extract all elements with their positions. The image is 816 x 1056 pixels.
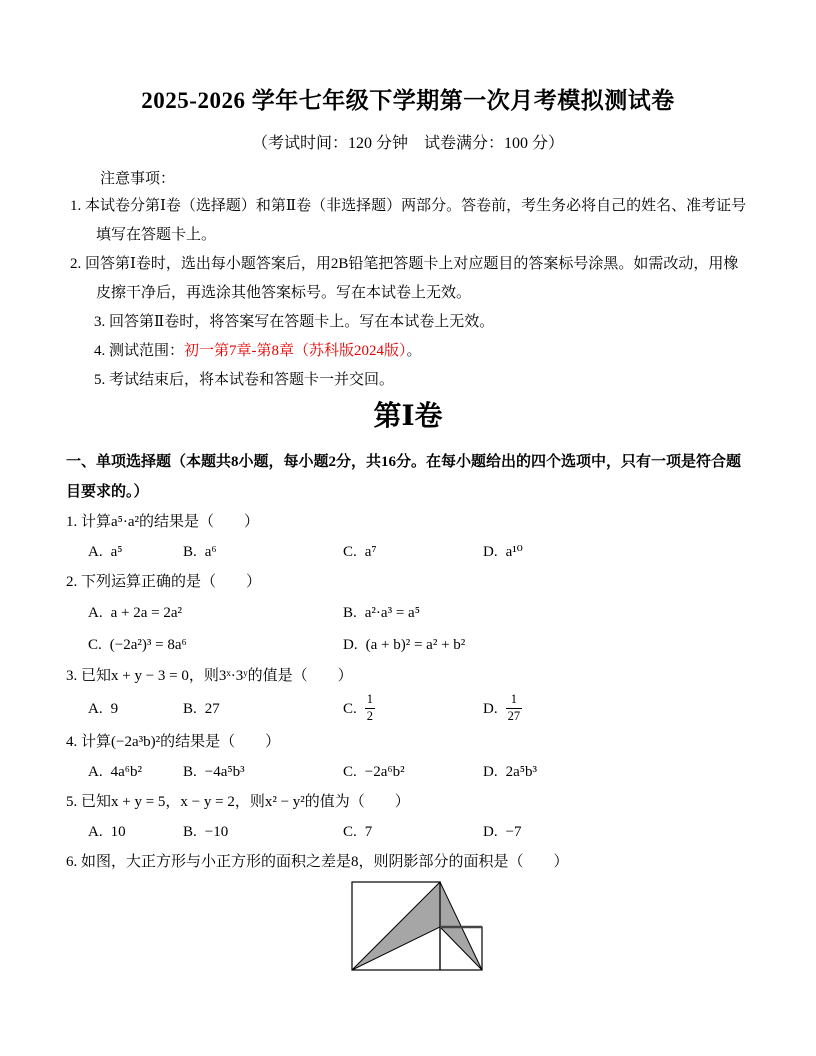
shaded-triangle-left (352, 882, 440, 970)
fraction-denominator: 27 (506, 708, 523, 725)
option-text: a⁵ (111, 544, 123, 560)
notice-item-4-suffix: 。 (407, 343, 422, 359)
notice-item-5-text: 5. 考试结束后，将本试卷和答题卡一并交回。 (94, 372, 394, 388)
option-label: A. (88, 605, 103, 621)
notice-item-4: 4. 测试范围：初一第7章-第8章（苏科版2024版）。 (94, 337, 750, 366)
question-3-option-b: B.27 (183, 691, 343, 727)
question-5-option-b: B.−10 (183, 817, 343, 847)
question-5: 5. 已知x + y = 5，x − y = 2，则x² − y²的值为（ ） … (66, 787, 750, 847)
part-1-heading: 第Ⅰ卷 (66, 399, 750, 435)
question-3-option-a: A.9 (88, 691, 183, 727)
fraction-one-half: 12 (365, 692, 375, 724)
option-label: D. (483, 824, 498, 840)
fraction-numerator: 1 (506, 692, 523, 708)
question-5-option-a: A.10 (88, 817, 183, 847)
option-text: −7 (506, 824, 522, 840)
option-label: B. (183, 544, 197, 560)
question-6-figure (351, 881, 483, 973)
question-6: 6. 如图，大正方形与小正方形的面积之差是8，则阴影部分的面积是（ ） (66, 847, 750, 978)
question-5-option-c: C.7 (343, 817, 483, 847)
fraction-denominator: 2 (365, 708, 375, 725)
page-title: 2025-2026 学年七年级下学期第一次月考模拟测试卷 (66, 86, 750, 116)
option-text: −10 (205, 824, 228, 840)
question-3-text: 3. 已知x + y − 3 = 0，则3ˣ·3ʸ的值是（ ） (66, 661, 750, 691)
notice-item-2-text: 2. 回答第Ⅰ卷时，选出每小题答案后，用2B铅笔把答题卡上对应题目的答案标号涂黑… (70, 256, 738, 301)
question-2-options-row-2: C.(−2a²)³ = 8a⁶ D.(a + b)² = a² + b² (66, 629, 750, 661)
question-1-text: 1. 计算a⁵·a²的结果是（ ） (66, 507, 750, 537)
question-5-text: 5. 已知x + y = 5，x − y = 2，则x² − y²的值为（ ） (66, 787, 750, 817)
option-label: D. (343, 637, 358, 653)
question-4-options: A.4a⁶b² B.−4a⁵b³ C.−2a⁶b² D.2a⁵b³ (66, 757, 750, 787)
option-label: A. (88, 544, 103, 560)
option-text: (−2a²)³ = 8a⁶ (110, 637, 187, 653)
option-label: D. (483, 764, 498, 780)
question-6-text: 6. 如图，大正方形与小正方形的面积之差是8，则阴影部分的面积是（ ） (66, 847, 750, 877)
notice-label: 注意事项： (66, 166, 750, 192)
question-3-option-c: C.12 (343, 691, 483, 727)
notice-item-4-prefix: 4. 测试范围： (94, 343, 184, 359)
option-text: 9 (111, 701, 119, 717)
fraction-numerator: 1 (365, 692, 375, 708)
exam-paper-page: 2025-2026 学年七年级下学期第一次月考模拟测试卷 （考试时间：120 分… (0, 0, 816, 1056)
question-4-text: 4. 计算(−2a³b)²的结果是（ ） (66, 727, 750, 757)
notice-item-5: 5. 考试结束后，将本试卷和答题卡一并交回。 (94, 366, 750, 395)
notice-item-2: 2. 回答第Ⅰ卷时，选出每小题答案后，用2B铅笔把答题卡上对应题目的答案标号涂黑… (70, 250, 750, 308)
option-label: C. (343, 544, 357, 560)
option-text: −2a⁶b² (365, 764, 405, 780)
option-text: 27 (205, 701, 220, 717)
question-2-text: 2. 下列运算正确的是（ ） (66, 567, 750, 597)
question-4-option-b: B.−4a⁵b³ (183, 757, 343, 787)
question-2-option-b: B.a²·a³ = a⁵ (343, 597, 420, 629)
option-label: C. (343, 764, 357, 780)
notice-item-1-text: 1. 本试卷分第Ⅰ卷（选择题）和第Ⅱ卷（非选择题）两部分。答卷前，考生务必将自己… (70, 198, 746, 243)
notice-list: 1. 本试卷分第Ⅰ卷（选择题）和第Ⅱ卷（非选择题）两部分。答卷前，考生务必将自己… (66, 192, 750, 395)
question-5-options: A.10 B.−10 C.7 D.−7 (66, 817, 750, 847)
question-1-option-a: A.a⁵ (88, 537, 183, 567)
question-1-option-b: B.a⁶ (183, 537, 343, 567)
option-label: B. (183, 764, 197, 780)
question-5-option-d: D.−7 (483, 817, 522, 847)
notice-item-1: 1. 本试卷分第Ⅰ卷（选择题）和第Ⅱ卷（非选择题）两部分。答卷前，考生务必将自己… (70, 192, 750, 250)
option-label: B. (343, 605, 357, 621)
option-text: a¹⁰ (506, 544, 523, 560)
option-label: C. (88, 637, 102, 653)
question-4-option-a: A.4a⁶b² (88, 757, 183, 787)
question-3-options: A.9 B.27 C.12 D.127 (66, 691, 750, 727)
question-2-options-row-1: A.a + 2a = 2a² B.a²·a³ = a⁵ (66, 597, 750, 629)
option-text: 10 (111, 824, 126, 840)
option-text: 7 (365, 824, 373, 840)
question-1-option-d: D.a¹⁰ (483, 537, 523, 567)
option-label: B. (183, 824, 197, 840)
option-text: a + 2a = 2a² (111, 605, 182, 621)
option-text: −4a⁵b³ (205, 764, 245, 780)
option-label: C. (343, 824, 357, 840)
exam-info-subtitle: （考试时间：120 分钟 试卷满分：100 分） (66, 130, 750, 153)
option-label: A. (88, 701, 103, 717)
question-4-option-d: D.2a⁵b³ (483, 757, 537, 787)
question-3-option-d: D.127 (483, 691, 522, 727)
question-2-option-c: C.(−2a²)³ = 8a⁶ (88, 629, 343, 661)
option-label: D. (483, 544, 498, 560)
section-1-header: 一、单项选择题（本题共8小题，每小题2分，共16分。在每小题给出的四个选项中，只… (66, 447, 750, 507)
option-text: a²·a³ = a⁵ (365, 605, 420, 621)
question-2-option-d: D.(a + b)² = a² + b² (343, 629, 465, 661)
question-4: 4. 计算(−2a³b)²的结果是（ ） A.4a⁶b² B.−4a⁵b³ C.… (66, 727, 750, 787)
option-label: C. (343, 701, 357, 717)
question-1-option-c: C.a⁷ (343, 537, 483, 567)
option-text: 2a⁵b³ (506, 764, 537, 780)
question-3: 3. 已知x + y − 3 = 0，则3ˣ·3ʸ的值是（ ） A.9 B.27… (66, 661, 750, 727)
question-1-options: A.a⁵ B.a⁶ C.a⁷ D.a¹⁰ (66, 537, 750, 567)
question-2: 2. 下列运算正确的是（ ） A.a + 2a = 2a² B.a²·a³ = … (66, 567, 750, 661)
option-text: a⁶ (205, 544, 217, 560)
option-text: a⁷ (365, 544, 377, 560)
notice-item-3: 3. 回答第Ⅱ卷时，将答案写在答题卡上。写在本试卷上无效。 (94, 308, 750, 337)
option-label: D. (483, 701, 498, 717)
question-2-option-a: A.a + 2a = 2a² (88, 597, 343, 629)
question-4-option-c: C.−2a⁶b² (343, 757, 483, 787)
fraction-one-twenty-seventh: 127 (506, 692, 523, 724)
notice-item-3-text: 3. 回答第Ⅱ卷时，将答案写在答题卡上。写在本试卷上无效。 (94, 314, 494, 330)
test-scope-highlight: 初一第7章-第8章（苏科版2024版） (184, 343, 407, 359)
option-text: 4a⁶b² (111, 764, 142, 780)
option-label: A. (88, 764, 103, 780)
question-6-figure-container (66, 881, 750, 978)
option-label: A. (88, 824, 103, 840)
question-1: 1. 计算a⁵·a²的结果是（ ） A.a⁵ B.a⁶ C.a⁷ D.a¹⁰ (66, 507, 750, 567)
option-label: B. (183, 701, 197, 717)
option-text: (a + b)² = a² + b² (366, 637, 466, 653)
